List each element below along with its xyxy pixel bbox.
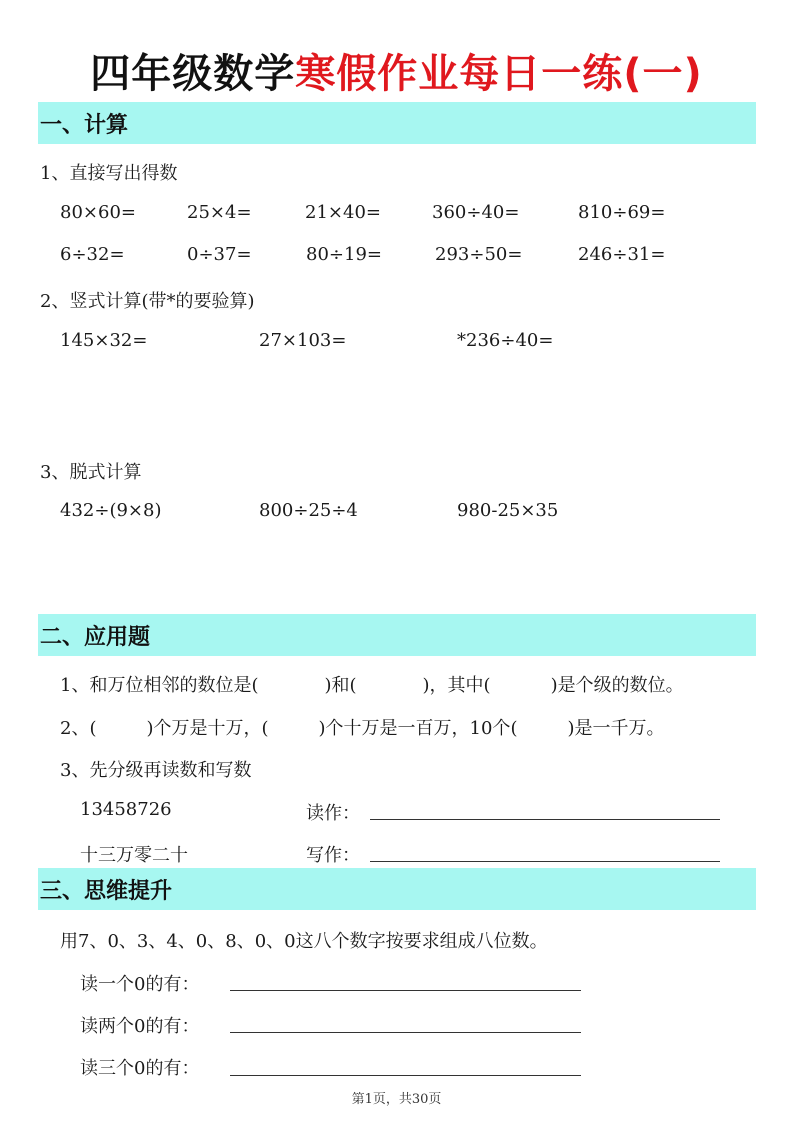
fill-in-question-2: 2、()个万是十万，()个十万是一百万，10个()是一千万。 — [60, 714, 665, 740]
given-number: 13458726 — [80, 799, 172, 820]
fill-in-question-1: 1、和万位相邻的数位是()和()，其中()是个级的数位。 — [60, 671, 684, 697]
expression: 6÷32= — [60, 244, 125, 265]
write-answer-line[interactable] — [370, 861, 720, 862]
expression: 360÷40= — [432, 202, 519, 223]
expression: 246÷31= — [578, 244, 665, 265]
question-text: 1、和万位相邻的数位是( — [60, 675, 258, 696]
expression: 21×40= — [305, 202, 381, 223]
question-text: )和( — [324, 675, 356, 696]
expression: 800÷25÷4 — [259, 500, 358, 521]
given-number: 十三万零二十 — [80, 841, 188, 867]
section-heading: 二、应用题 — [40, 620, 150, 651]
expression: 25×4= — [187, 202, 252, 223]
expression: 0÷37= — [187, 244, 252, 265]
answer-prompt: 读两个0的有： — [80, 1012, 199, 1038]
expression: 80÷19= — [306, 244, 382, 265]
expression: 810÷69= — [578, 202, 665, 223]
question-text: 2、( — [60, 718, 96, 739]
question-label: 3、脱式计算 — [40, 458, 141, 484]
title-black-part: 四年级数学 — [90, 51, 295, 97]
question-label: 3、先分级再读数和写数 — [60, 756, 251, 782]
expression: *236÷40= — [457, 330, 553, 351]
section-header-calc: 一、计算 — [38, 102, 756, 144]
section-heading: 一、计算 — [40, 108, 128, 139]
page-title: 四年级数学寒假作业每日一练(一) — [0, 42, 793, 99]
answer-line[interactable] — [230, 990, 581, 991]
question-text: )个万是十万，( — [146, 718, 268, 739]
section-header-thinking: 三、思维提升 — [38, 868, 756, 910]
question-label: 1、直接写出得数 — [40, 159, 177, 185]
read-answer-line[interactable] — [370, 819, 720, 820]
problem-intro: 用7、0、3、4、0、8、0、0这八个数字按要求组成八位数。 — [60, 927, 548, 953]
question-text: )是个级的数位。 — [551, 675, 684, 696]
answer-line[interactable] — [230, 1032, 581, 1033]
page-number: 第1页，共30页 — [0, 1088, 793, 1107]
question-text: )是一千万。 — [567, 718, 664, 739]
title-red-part: 寒假作业每日一练(一) — [295, 51, 703, 97]
write-prompt: 写作： — [306, 841, 360, 867]
question-label: 2、竖式计算(带*的要验算) — [40, 287, 255, 313]
answer-line[interactable] — [230, 1075, 581, 1076]
answer-prompt: 读一个0的有： — [80, 970, 199, 996]
read-prompt: 读作： — [306, 799, 360, 825]
expression: 27×103= — [259, 330, 346, 351]
expression: 80×60= — [60, 202, 136, 223]
section-heading: 三、思维提升 — [40, 874, 172, 905]
section-header-application: 二、应用题 — [38, 614, 756, 656]
answer-prompt: 读三个0的有： — [80, 1054, 199, 1080]
question-text: )个十万是一百万，10个( — [319, 718, 518, 739]
expression: 145×32= — [60, 330, 147, 351]
expression: 293÷50= — [435, 244, 522, 265]
expression: 432÷(9×8) — [60, 500, 161, 521]
expression: 980-25×35 — [457, 500, 558, 521]
question-text: )，其中( — [423, 675, 491, 696]
